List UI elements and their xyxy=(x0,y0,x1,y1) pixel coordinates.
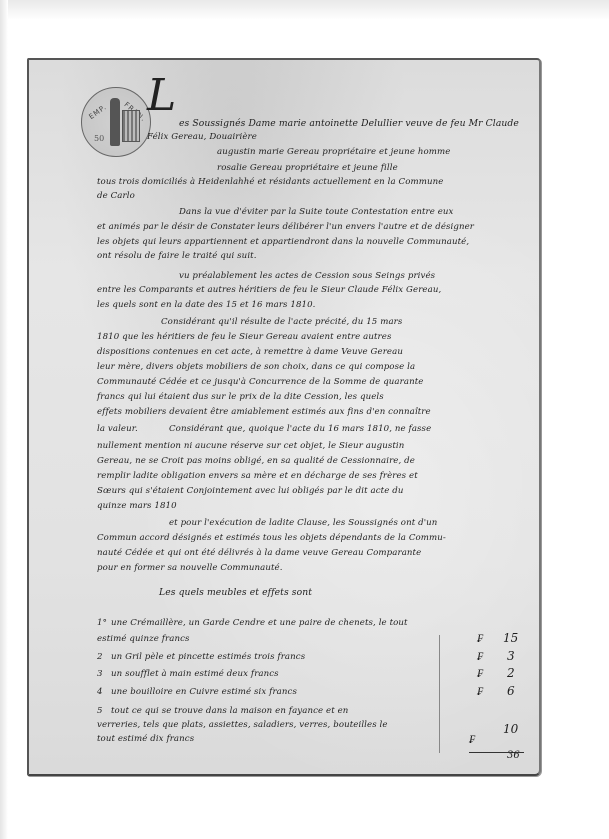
text-line: dispositions contenues en cet acte, à re… xyxy=(97,347,403,357)
text-line: quinze mars 1810 xyxy=(97,501,177,511)
item-text: verreries, tels que plats, assiettes, sa… xyxy=(97,720,388,730)
item-number: 2 xyxy=(97,652,103,662)
text-line: francs qui lui étaient dus sur le prix d… xyxy=(97,392,384,402)
text-line: les quels sont en la date des 15 et 16 m… xyxy=(97,300,316,310)
text-line: et pour l'exécution de ladite Clause, le… xyxy=(169,518,437,528)
text-line: Gereau, ne se Croit pas moins obligé, en… xyxy=(97,456,415,466)
text-line: rosalie Gereau propriétaire et jeune fil… xyxy=(217,163,398,173)
item-text: un soufflet à main estimé deux francs xyxy=(111,669,279,679)
franc-symbol: ₣ xyxy=(469,732,475,747)
text-line: ont résolu de faire le traité qui suit. xyxy=(97,251,257,261)
text-line: les objets qui leurs appartiennent et ap… xyxy=(97,237,469,247)
item-amount: 15 xyxy=(503,631,518,645)
item-text: une Crémaillère, un Garde Cendre et une … xyxy=(111,618,408,628)
text-line: Communauté Cédée et ce jusqu'à Concurren… xyxy=(97,377,423,387)
item-text: tout estimé dix francs xyxy=(97,734,194,744)
franc-symbol: ₣ xyxy=(477,684,483,699)
text-line: pour en former sa nouvelle Communauté. xyxy=(97,563,283,573)
item-amount: 10 xyxy=(503,722,518,736)
item-text: tout ce qui se trouve dans la maison en … xyxy=(111,706,348,716)
stamp-number: 50 xyxy=(94,134,104,143)
stamp-left-text: EMP. xyxy=(87,103,108,121)
text-line: remplir ladite obligation envers sa mère… xyxy=(97,471,418,481)
text-line: es Soussignés Dame marie antoinette Delu… xyxy=(179,118,519,129)
text-line: vu préalablement les actes de Cession so… xyxy=(179,271,435,281)
text-line: et animés par le désir de Constater leur… xyxy=(97,222,474,232)
text-line: tous trois domiciliés à Heidenlahhé et r… xyxy=(97,177,443,187)
text-line: effets mobiliers devaient être amiableme… xyxy=(97,407,431,417)
franc-symbol: ₣ xyxy=(477,666,483,681)
franc-symbol: ₣ xyxy=(477,631,483,646)
text-line: augustin marie Gereau propriétaire et je… xyxy=(217,147,450,157)
text-line: Considérant qu'il résulte de l'acte préc… xyxy=(161,317,402,327)
column-rule xyxy=(439,635,440,753)
item-number: 5 xyxy=(97,706,103,716)
text-line: leur mère, divers objets mobiliers de so… xyxy=(97,362,415,372)
text-line: nullement mention ni aucune réserve sur … xyxy=(97,441,404,451)
text-line: Félix Gereau, Douairière xyxy=(147,132,257,142)
text-line: nauté Cédée et qui ont été délivrés à la… xyxy=(97,548,421,558)
franc-symbol: ₣ xyxy=(477,649,483,664)
item-amount: 3 xyxy=(507,649,515,663)
item-text: estimé quinze francs xyxy=(97,634,190,644)
text-line: 1810 que les héritiers de feu le Sieur G… xyxy=(97,332,391,342)
item-text: un Gril pèle et pincette estimés trois f… xyxy=(111,652,305,662)
item-number: 1° xyxy=(97,618,107,628)
item-number: 4 xyxy=(97,687,103,697)
text-line: de Carlo xyxy=(97,191,135,201)
text-line: Commun accord désignés et estimés tous l… xyxy=(97,533,446,543)
text-line: Sœurs qui s'étaient Conjointement avec l… xyxy=(97,486,403,496)
scan-shadow-top xyxy=(0,0,609,20)
scan-shadow-left xyxy=(0,0,8,839)
initial-letter: L xyxy=(147,70,176,121)
item-text: une bouilloire en Cuivre estimé six fran… xyxy=(111,687,297,697)
item-amount: 6 xyxy=(507,684,515,698)
text-line: entre les Comparants et autres héritiers… xyxy=(97,285,441,295)
item-amount: 2 xyxy=(507,666,515,680)
subtotal-amount: 36 xyxy=(507,750,520,761)
list-heading: Les quels meubles et effets sont xyxy=(159,587,312,598)
text-line: la valeur. xyxy=(97,424,138,434)
stamp-fasces xyxy=(122,110,140,142)
document-page: EMP. FRAN. 50 L es Soussignés Dame marie… xyxy=(27,58,541,776)
text-line: Dans la vue d'éviter par la Suite toute … xyxy=(179,207,454,217)
text-line: Considérant que, quoique l'acte du 16 ma… xyxy=(169,424,431,434)
imperial-seal-icon: EMP. FRAN. 50 xyxy=(81,87,151,157)
stamp-figure xyxy=(110,98,120,146)
item-number: 3 xyxy=(97,669,103,679)
